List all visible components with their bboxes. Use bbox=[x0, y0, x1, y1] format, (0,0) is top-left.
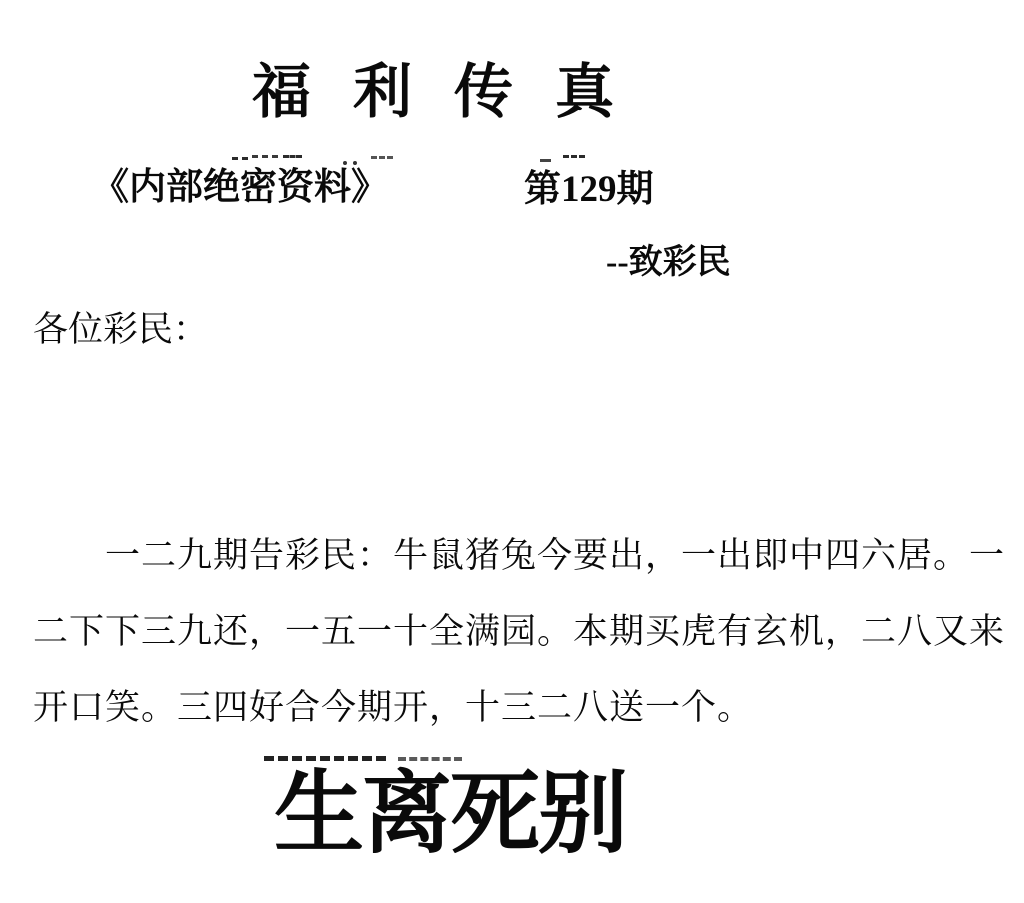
scan-artifact-dashed-line bbox=[264, 756, 386, 761]
salutation-line: 各位彩民： bbox=[33, 302, 208, 352]
scan-artifact-dashed-line bbox=[398, 757, 462, 761]
scan-artifact-dash bbox=[540, 159, 551, 162]
scan-artifact-dash bbox=[563, 155, 585, 158]
body-paragraph: 一二九期告彩民：牛鼠猪兔今要出，一出即中四六居。一 二下下三九还，一五一十全满园… bbox=[33, 518, 993, 746]
body-line-2: 二下下三九还，一五一十全满园。本期买虎有玄机，二八又来 bbox=[33, 594, 993, 670]
body-line-1: 一二九期告彩民：牛鼠猪兔今要出，一出即中四六居。一 bbox=[33, 518, 993, 594]
scan-artifact-dash bbox=[232, 157, 248, 160]
scan-artifact-dots bbox=[343, 161, 357, 165]
dedication-line: --致彩民 bbox=[606, 234, 731, 283]
body-line-3: 开口笑。三四好合今期开，十三二八送一个。 bbox=[33, 670, 993, 746]
issue-number: 第129期 bbox=[524, 158, 654, 212]
scan-artifact-dash bbox=[252, 155, 278, 158]
scan-artifact-dash bbox=[371, 156, 393, 159]
page-title: 福利传真 bbox=[252, 44, 656, 129]
document-page: 福利传真 《内部绝密资料》 第129期 --致彩民 各位彩民： 一二九期告彩民：… bbox=[0, 0, 1024, 903]
scan-artifact-dash bbox=[283, 155, 302, 158]
